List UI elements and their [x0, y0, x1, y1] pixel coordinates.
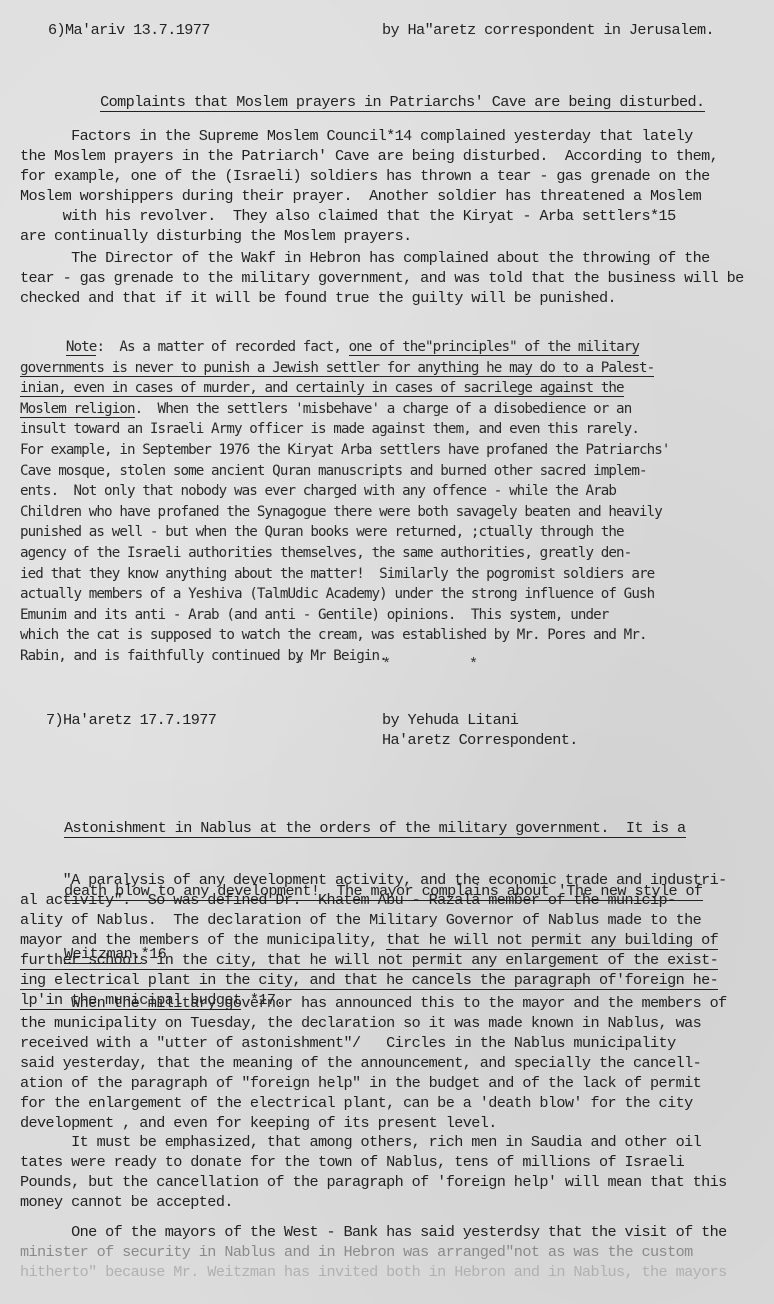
note-line: Note: As a matter of recorded fact, one …	[20, 337, 760, 358]
text-line: further schools in the city, that he wil…	[20, 950, 760, 970]
note-line: punished as well - but when the Quran bo…	[20, 522, 760, 543]
article-6-paragraph-2: The Director of the Wakf in Hebron has c…	[20, 248, 760, 308]
separator-star: *	[382, 656, 391, 673]
text-line: are continually disturbing the Moslem pr…	[20, 226, 760, 246]
document-page: 6)Ma'ariv 13.7.1977 by Ha"aretz correspo…	[0, 0, 774, 1304]
separator-star: *	[469, 656, 478, 673]
article-6-source: 6)Ma'ariv 13.7.1977	[48, 20, 210, 40]
note-line: For example, in September 1976 the Kirya…	[20, 440, 760, 461]
text-line: mayor and the members of the municipalit…	[20, 930, 760, 950]
text-line: minister of security in Nablus and in He…	[20, 1242, 760, 1262]
note-line: inian, even in cases of murder, and cert…	[20, 378, 760, 399]
note-line: ents. Not only that nobody was ever char…	[20, 481, 760, 502]
article-7-paragraph-1: "A paralysis of any development activity…	[20, 870, 760, 1010]
note-line: insult toward an Israeli Army officer is…	[20, 419, 760, 440]
text-line: It must be emphasized, that among others…	[20, 1132, 760, 1152]
text-line: al activity". So was defined Dr. Khatem …	[20, 890, 760, 910]
text-line: ing electrical plant in the city, and th…	[20, 970, 760, 990]
text-line: money cannot be accepted.	[20, 1192, 760, 1212]
note-line: governments is never to punish a Jewish …	[20, 358, 760, 379]
article-7-source: 7)Ha'aretz 17.7.1977	[46, 710, 216, 730]
article-7-paragraph-3: It must be emphasized, that among others…	[20, 1132, 760, 1212]
note-line: Cave mosque, stolen some ancient Quran m…	[20, 461, 760, 482]
article-7-paragraph-2: When the military governor has announced…	[20, 993, 760, 1133]
text-line: ation of the paragraph of "foreign help"…	[20, 1073, 760, 1093]
text-line: the Moslem prayers in the Patriarch' Cav…	[20, 146, 760, 166]
text-line: said yesterday, that the meaning of the …	[20, 1053, 760, 1073]
text-line: "A paralysis of any development activity…	[20, 870, 760, 890]
text-line: Factors in the Supreme Moslem Council*14…	[20, 126, 760, 146]
note-line: Moslem religion. When the settlers 'misb…	[20, 399, 760, 420]
text-line: tear - gas grenade to the military gover…	[20, 268, 760, 288]
note-line: ied that they know anything about the ma…	[20, 564, 760, 585]
text-line: hitherto" because Mr. Weitzman has invit…	[20, 1262, 760, 1282]
text-line: The Director of the Wakf in Hebron has c…	[20, 248, 760, 268]
note-line: agency of the Israeli authorities themse…	[20, 543, 760, 564]
note-line: which the cat is supposed to watch the c…	[20, 625, 760, 646]
article-7-byline-author: by Yehuda Litani	[382, 710, 518, 730]
text-line: received with a "utter of astonishment"/…	[20, 1033, 760, 1053]
separator-star: *	[295, 656, 304, 673]
article-7-byline-title: Ha'aretz Correspondent.	[382, 730, 578, 750]
text-line: with his revolver. They also claimed tha…	[20, 206, 760, 226]
article-6-paragraph-1: Factors in the Supreme Moslem Council*14…	[20, 126, 760, 246]
text-line: ality of Nablus. The declaration of the …	[20, 910, 760, 930]
text-line: tates were ready to donate for the town …	[20, 1152, 760, 1172]
text-line: When the military governor has announced…	[20, 993, 760, 1013]
text-line: Moslem worshippers during their prayer. …	[20, 186, 760, 206]
text-line: development , and even for keeping of it…	[20, 1113, 760, 1133]
text-line: the municipality on Tuesday, the declara…	[20, 1013, 760, 1033]
article-6-headline: Complaints that Moslem prayers in Patria…	[66, 72, 705, 132]
text-line: for example, one of the (Israeli) soldie…	[20, 166, 760, 186]
note-line: Emunim and its anti - Arab (and anti - G…	[20, 605, 760, 626]
text-line: for the enlargement of the electrical pl…	[20, 1093, 760, 1113]
article-6-byline: by Ha"aretz correspondent in Jerusalem.	[382, 20, 714, 40]
text-line: Pounds, but the cancellation of the para…	[20, 1172, 760, 1192]
text-line: One of the mayors of the West - Bank has…	[20, 1222, 760, 1242]
article-7-paragraph-4: One of the mayors of the West - Bank has…	[20, 1222, 760, 1282]
editorial-note: Note: As a matter of recorded fact, one …	[20, 337, 760, 667]
note-line: Children who have profaned the Synagogue…	[20, 502, 760, 523]
note-label: Note	[66, 339, 97, 356]
note-line: actually members of a Yeshiva (TalmUdic …	[20, 584, 760, 605]
text-line: checked and that if it will be found tru…	[20, 288, 760, 308]
